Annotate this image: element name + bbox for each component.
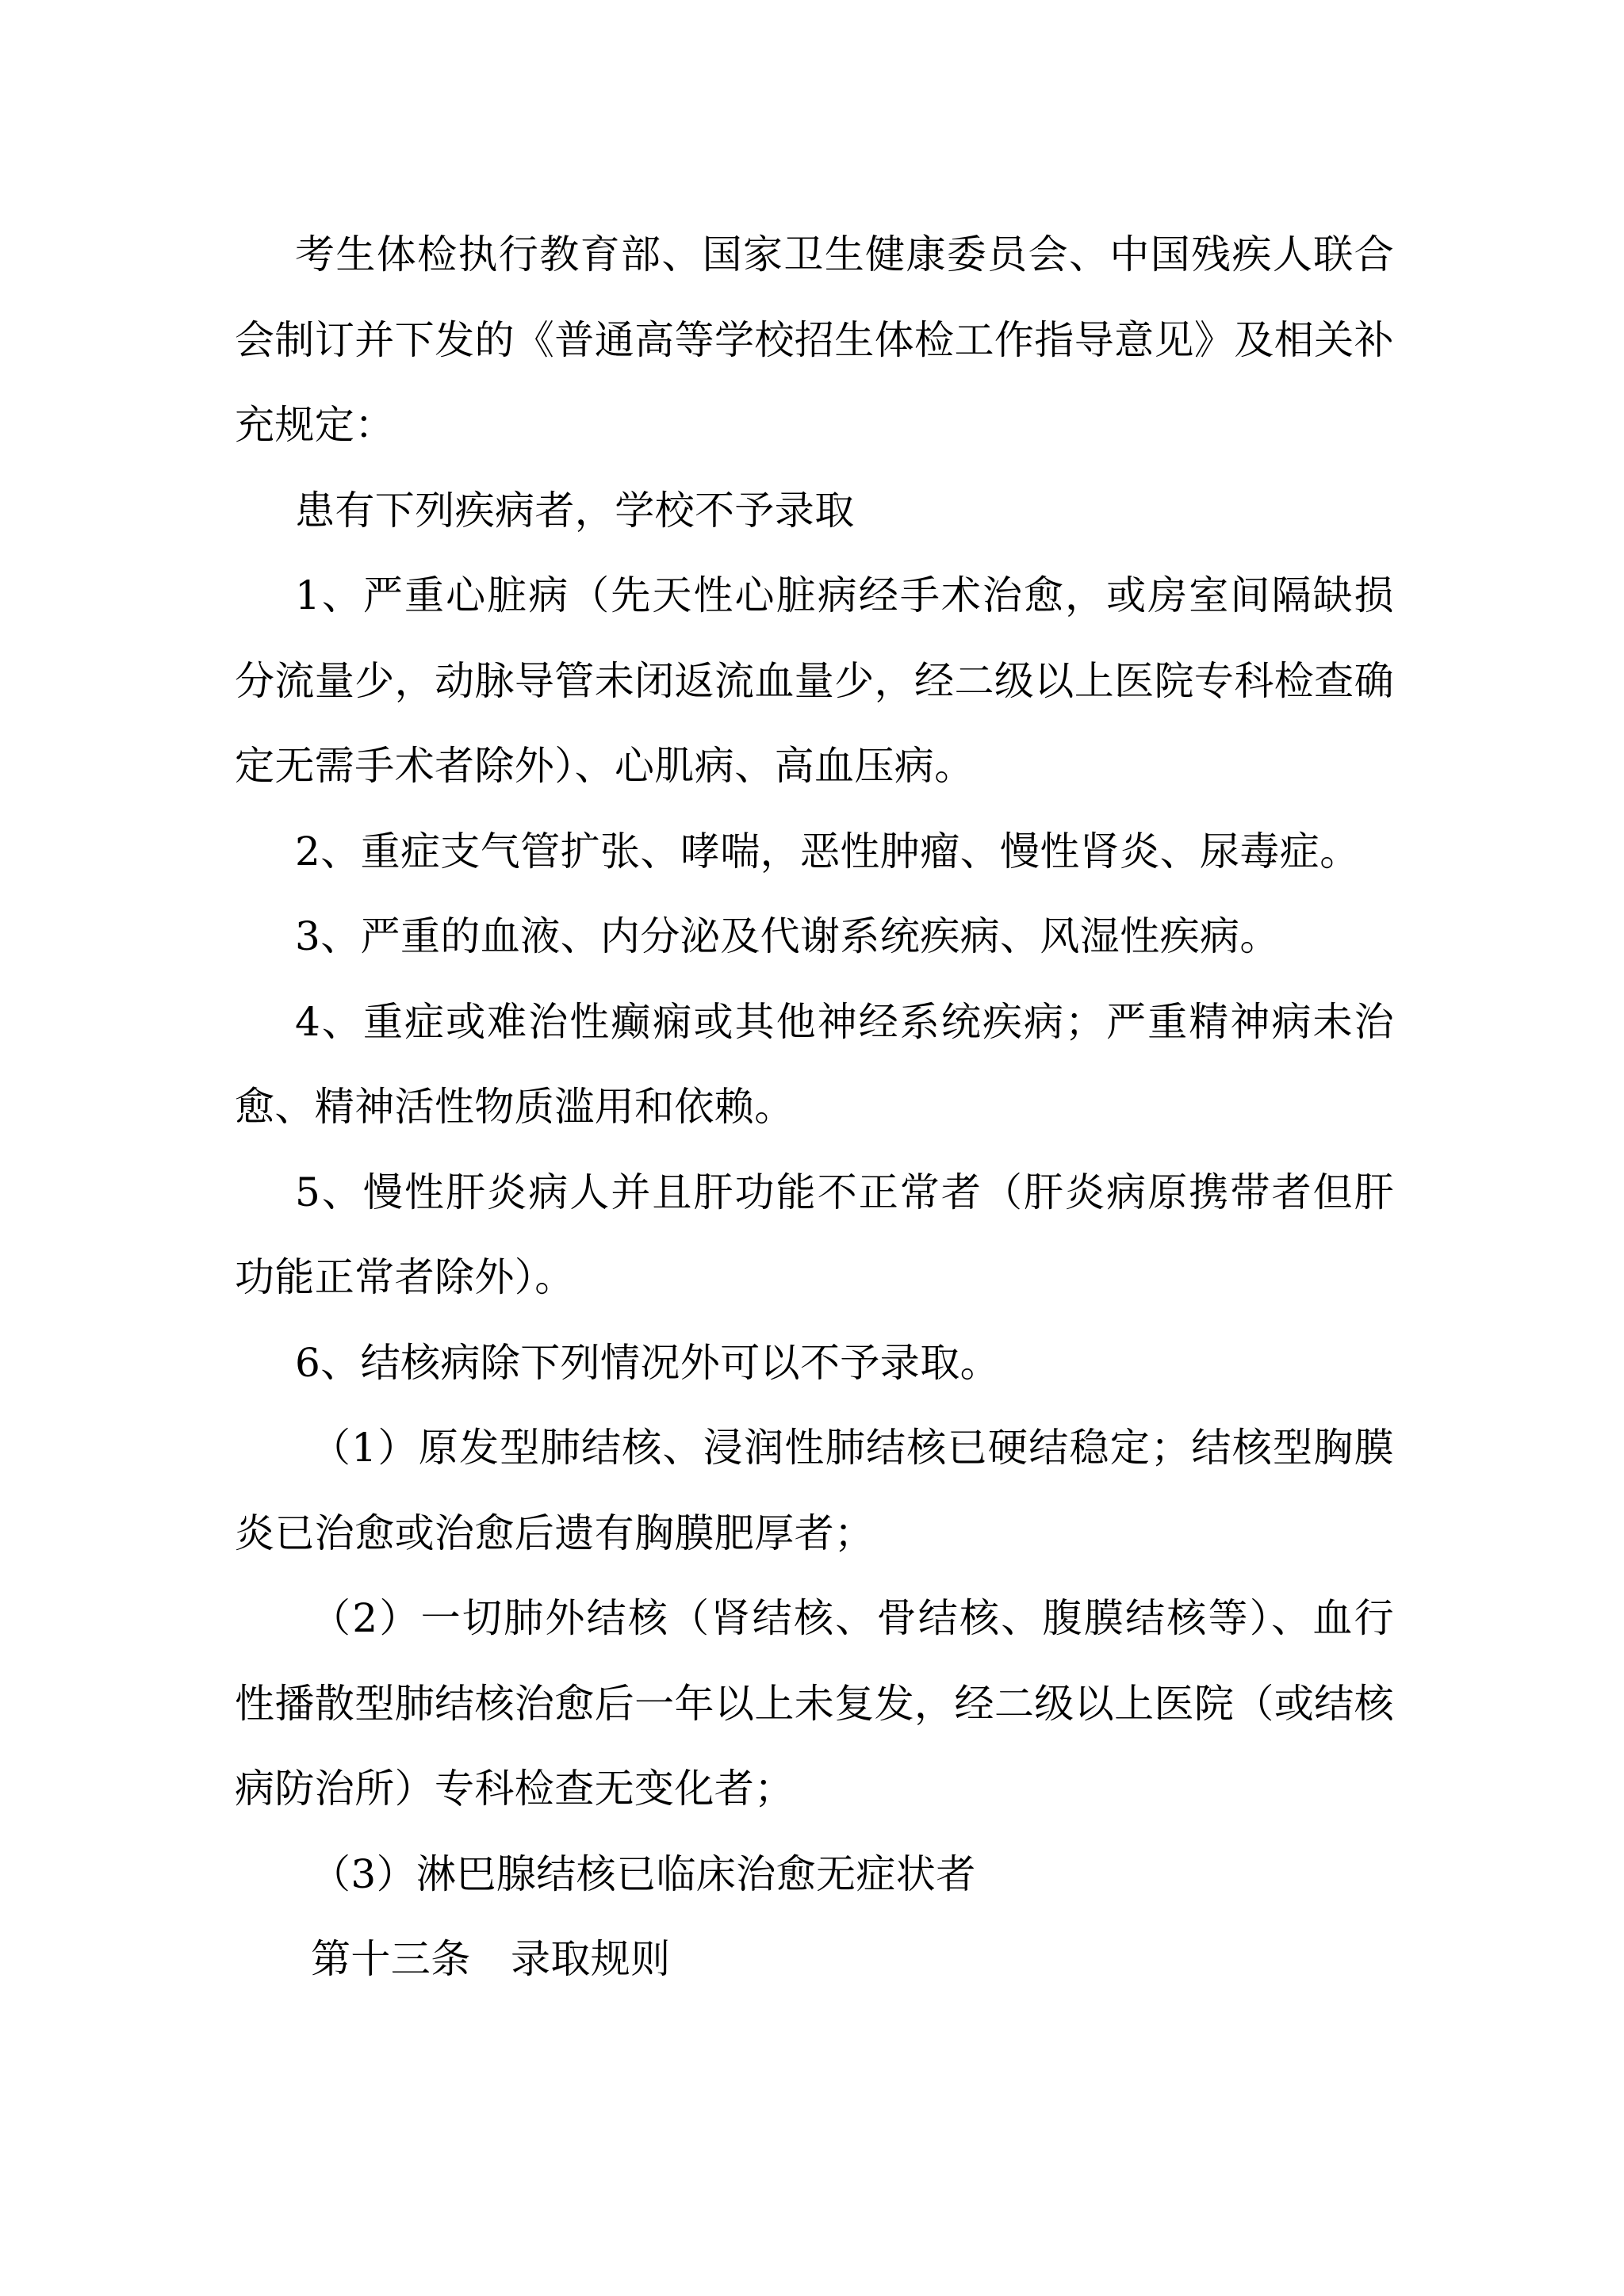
- document-page: 考生体检执行教育部、国家卫生健康委员会、中国残疾人联合会制订并下发的《普通高等学…: [0, 0, 1624, 2296]
- list-item-1-heart-disease: 1、严重心脏病（先天性心脏病经手术治愈，或房室间隔缺损分流量少，动脉导管未闭返流…: [235, 553, 1394, 809]
- sub-item-6-1: （1）原发型肺结核、浸润性肺结核已硬结稳定；结核型胸膜炎已治愈或治愈后遗有胸膜肥…: [235, 1406, 1394, 1576]
- intro-paragraph: 考生体检执行教育部、国家卫生健康委员会、中国残疾人联合会制订并下发的《普通高等学…: [235, 212, 1394, 469]
- section-heading-not-admitted: 患有下列疾病者，学校不予录取: [235, 469, 1394, 554]
- list-item-5-hepatitis: 5、慢性肝炎病人并且肝功能不正常者（肝炎病原携带者但肝功能正常者除外）。: [235, 1150, 1394, 1321]
- list-item-4-neurological: 4、重症或难治性癫痫或其他神经系统疾病；严重精神病未治愈、精神活性物质滥用和依赖…: [235, 980, 1394, 1150]
- list-item-6-tuberculosis: 6、结核病除下列情况外可以不予录取。: [235, 1321, 1394, 1406]
- sub-item-6-3: （3）淋巴腺结核已临床治愈无症状者: [235, 1832, 1394, 1918]
- list-item-3-blood-endocrine: 3、严重的血液、内分泌及代谢系统疾病、风湿性疾病。: [235, 894, 1394, 980]
- article-13-heading: 第十三条 录取规则: [235, 1917, 1394, 2003]
- list-item-2-respiratory-tumor: 2、重症支气管扩张、哮喘，恶性肿瘤、慢性肾炎、尿毒症。: [235, 809, 1394, 895]
- sub-item-6-2: （2）一切肺外结核（肾结核、骨结核、腹膜结核等）、血行性播散型肺结核治愈后一年以…: [235, 1576, 1394, 1832]
- document-body: 考生体检执行教育部、国家卫生健康委员会、中国残疾人联合会制订并下发的《普通高等学…: [235, 212, 1394, 2003]
